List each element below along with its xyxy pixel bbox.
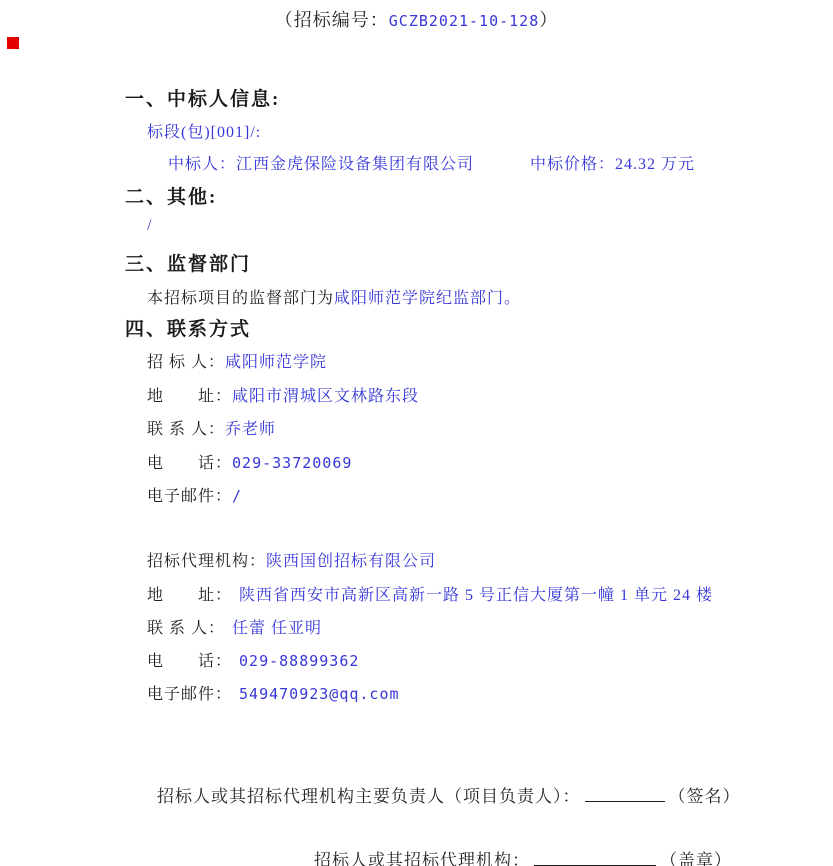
other-content: / <box>147 217 152 235</box>
signature-line1-suffix: （签名） <box>669 787 741 806</box>
agency-email-label: 电子邮件： <box>147 686 232 703</box>
tenderer-contact-value: 乔老师 <box>225 421 276 438</box>
tender-number-value: GCZB2021-10-128 <box>389 12 539 30</box>
agency-contact-label: 联 系 人： <box>147 620 225 637</box>
winner-value: 江西金虎保险设备集团有限公司 <box>236 156 474 173</box>
tenderer-contact-label: 联 系 人： <box>147 421 225 438</box>
section-contact-title: 四、联系方式 <box>125 314 251 341</box>
tenderer-address-label: 地 址： <box>147 388 232 405</box>
winner-line: 中标人：江西金虎保险设备集团有限公司中标价格：24.32 万元 <box>168 151 695 174</box>
agency-contact-value: 任蕾 任亚明 <box>232 620 322 637</box>
tender-result-document: （招标编号：GCZB2021-10-128） 一、中标人信息: 标段(包)[00… <box>0 0 833 866</box>
agency-address-label: 地 址： <box>147 587 232 604</box>
signature-blank <box>585 787 665 802</box>
lot-line: 标段(包)[001]/: <box>147 119 261 142</box>
doc-header-tender-number: （招标编号：GCZB2021-10-128） <box>0 6 833 32</box>
agency-name-label: 招标代理机构： <box>147 553 266 570</box>
agency-row: 联 系 人：任蕾 任亚明 <box>147 615 322 638</box>
tenderer-phone-value: 029-33720069 <box>232 454 352 472</box>
supervisor-text-prefix: 本招标项目的监督部门为 <box>147 290 334 307</box>
signature-line-agency-seal: 招标人或其招标代理机构：（盖章） <box>314 846 732 866</box>
signature-line2-label: 招标人或其招标代理机构： <box>314 851 530 866</box>
signature-line2-suffix: （盖章） <box>660 851 732 866</box>
agency-email-value: 549470923@qq.com <box>239 685 400 703</box>
tenderer-email-value: / <box>232 487 242 505</box>
agency-phone-value: 029-88899362 <box>239 652 359 670</box>
agency-row: 地 址：陕西省西安市高新区高新一路 5 号正信大厦第一幢 1 单元 24 楼 <box>147 582 713 605</box>
tender-number-prefix: （招标编号： <box>275 10 389 30</box>
signature-line1-label: 招标人或其招标代理机构主要负责人（项目负责人）： <box>157 787 581 806</box>
supervisor-text-value: 咸阳师范学院纪监部门。 <box>334 290 521 307</box>
seal-blank <box>534 851 656 866</box>
tenderer-row: 电 话：029-33720069 <box>147 450 352 473</box>
tenderer-row: 联 系 人：乔老师 <box>147 416 276 439</box>
section-other-title: 二、其他: <box>125 182 217 209</box>
section-supervisor-title: 三、监督部门 <box>125 249 251 276</box>
agency-name-value: 陕西国创招标有限公司 <box>266 553 436 570</box>
agency-phone-label: 电 话： <box>147 653 232 670</box>
price-label: 中标价格： <box>530 156 615 173</box>
tenderer-phone-label: 电 话： <box>147 455 232 472</box>
agency-row: 电子邮件：549470923@qq.com <box>147 681 400 704</box>
tenderer-name-value: 咸阳师范学院 <box>225 354 327 371</box>
tender-number-suffix: ） <box>539 10 558 30</box>
tenderer-address-value: 咸阳市渭城区文林路东段 <box>232 388 419 405</box>
agency-row: 电 话：029-88899362 <box>147 648 359 671</box>
tenderer-row: 电子邮件：/ <box>147 483 242 506</box>
winner-label: 中标人： <box>168 156 236 173</box>
tenderer-row: 招 标 人：咸阳师范学院 <box>147 349 327 372</box>
price-value: 24.32 万元 <box>615 156 695 173</box>
red-marker <box>7 37 19 49</box>
supervisor-line: 本招标项目的监督部门为咸阳师范学院纪监部门。 <box>147 285 521 308</box>
signature-line-project-leader: 招标人或其招标代理机构主要负责人（项目负责人）：（签名） <box>157 782 741 807</box>
tenderer-row: 地 址：咸阳市渭城区文林路东段 <box>147 383 419 406</box>
agency-row: 招标代理机构：陕西国创招标有限公司 <box>147 548 436 571</box>
section-winner-title: 一、中标人信息: <box>125 84 280 111</box>
tenderer-email-label: 电子邮件： <box>147 488 232 505</box>
agency-address-value: 陕西省西安市高新区高新一路 5 号正信大厦第一幢 1 单元 24 楼 <box>239 587 713 604</box>
tenderer-name-label: 招 标 人： <box>147 354 225 371</box>
